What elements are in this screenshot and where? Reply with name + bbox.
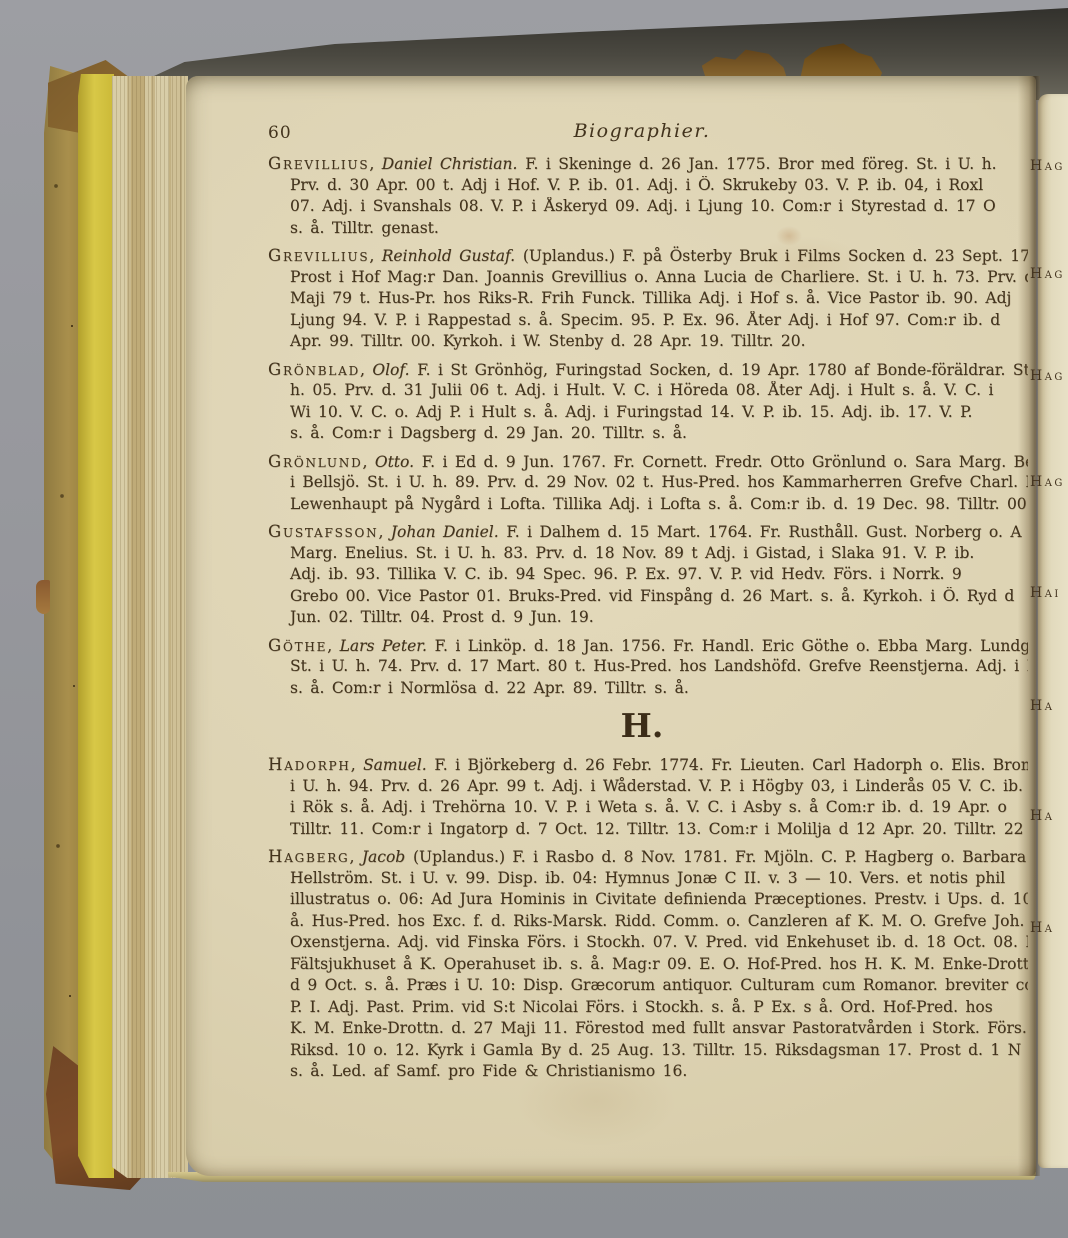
entry-line: Hellström. St. i U. v. 99. Disp. ib. 04:…: [268, 869, 1028, 891]
entry-line: Tilltr. 11. Com:r i Ingatorp d. 7 Oct. 1…: [268, 820, 1028, 842]
entry-line: Prv. d. 30 Apr. 00 t. Adj i Hof. V. P. i…: [268, 176, 1028, 198]
catchword-fragment: Hag: [1030, 368, 1068, 386]
book-page: 60 Biographier. Grevillius, Daniel Chris…: [186, 76, 1036, 1176]
entry-surname: Grönlund: [268, 452, 363, 471]
entry-line: Apr. 99. Tilltr. 00. Kyrkoh. i W. Stenby…: [268, 332, 1028, 354]
entry-line: Jun. 02. Tilltr. 04. Prost d. 9 Jun. 19.: [268, 608, 1028, 630]
fore-edge-yellow-strip: [78, 74, 114, 1178]
entry-line: Göthe, Lars Peter. F. i Linköp. d. 18 Ja…: [268, 636, 1028, 658]
entry-line: Riksd. 10 o. 12. Kyrk i Gamla By d. 25 A…: [268, 1041, 1028, 1063]
entry-line: Marg. Enelius. St. i U. h. 83. Prv. d. 1…: [268, 544, 1028, 566]
page-header: 60 Biographier.: [268, 120, 1016, 154]
catchword-fragment: Ha: [1030, 808, 1068, 826]
entry-hadorph-0: Hadorph, Samuel. F. i Björkeberg d. 26 F…: [268, 755, 1028, 841]
entry-line: h. 05. Prv. d. 31 Julii 06 t. Adj. i Hul…: [268, 381, 1028, 403]
entry-given-name: Jacob: [362, 848, 405, 866]
page-gutter-shadow: [1018, 76, 1040, 1176]
page-stack-edges: [112, 76, 188, 1178]
entry-surname: Hagberg: [268, 847, 349, 866]
catchword-fragment: Ha: [1030, 920, 1068, 938]
entry-given-name: Reinhold Gustaf.: [382, 247, 515, 265]
page-content: 60 Biographier. Grevillius, Daniel Chris…: [186, 76, 1036, 1176]
entry-surname: Göthe: [268, 636, 327, 655]
catchword-fragment: Hag: [1030, 158, 1068, 176]
entry-line: s. å. Tilltr. genast.: [268, 219, 1028, 241]
entry-line: Adj. ib. 93. Tillika V. C. ib. 94 Spec. …: [268, 565, 1028, 587]
entry-line: Lewenhaupt på Nygård i Lofta. Tillika Ad…: [268, 495, 1028, 517]
cover-leather-tab: [36, 580, 50, 614]
entry-line: s. å. Com:r i Normlösa d. 22 Apr. 89. Ti…: [268, 679, 1028, 701]
entry-gustafsson-4: Gustafsson, Johan Daniel. F. i Dalhem d.…: [268, 522, 1028, 630]
entry-line: Prost i Hof Mag:r Dan. Joannis Grevilliu…: [268, 268, 1028, 290]
entry-line: d 9 Oct. s. å. Præs i U. 10: Disp. Græco…: [268, 976, 1028, 998]
entry-surname: Hadorph: [268, 755, 351, 774]
entry-line: Fältsjukhuset å K. Operahuset ib. s. å. …: [268, 955, 1028, 977]
entry-line: St. i U. h. 74. Prv. d. 17 Mart. 80 t. H…: [268, 657, 1028, 679]
biography-entries: Grevillius, Daniel Christian. F. i Skeni…: [268, 154, 1028, 1084]
next-page-edge: [1038, 94, 1068, 1168]
entry-line: s. å. Led. af Samf. pro Fide & Christian…: [268, 1062, 1028, 1084]
entry-given-name: Lars Peter.: [340, 637, 427, 655]
photo-background: 60 Biographier. Grevillius, Daniel Chris…: [0, 0, 1068, 1238]
entry-grönlund-3: Grönlund, Otto. F. i Ed d. 9 Jun. 1767. …: [268, 452, 1028, 517]
entry-line: illustratus o. 06: Ad Jura Hominis in Ci…: [268, 890, 1028, 912]
entry-line: Hagberg, Jacob (Uplandus.) F. i Rasbo d.…: [268, 847, 1028, 869]
entry-surname: Grevillius: [268, 154, 369, 173]
entry-hagberg-1: Hagberg, Jacob (Uplandus.) F. i Rasbo d.…: [268, 847, 1028, 1084]
entry-given-name: Otto.: [375, 453, 414, 471]
entry-surname: Grevillius: [268, 246, 369, 265]
entry-göthe-5: Göthe, Lars Peter. F. i Linköp. d. 18 Ja…: [268, 636, 1028, 701]
entry-grevillius-1: Grevillius, Reinhold Gustaf. (Uplandus.)…: [268, 246, 1028, 354]
entry-given-name: Daniel Christian.: [382, 155, 518, 173]
entry-grönblad-2: Grönblad, Olof. F. i St Grönhög, Furings…: [268, 360, 1028, 446]
entry-line: Grönlund, Otto. F. i Ed d. 9 Jun. 1767. …: [268, 452, 1028, 474]
entry-given-name: Samuel.: [363, 756, 427, 774]
entry-line: Wi 10. V. C. o. Adj P. i Hult s. å. Adj.…: [268, 403, 1028, 425]
entry-given-name: Johan Daniel.: [391, 523, 499, 541]
entry-line: Maji 79 t. Hus-Pr. hos Riks-R. Frih Func…: [268, 289, 1028, 311]
entry-line: Gustafsson, Johan Daniel. F. i Dalhem d.…: [268, 522, 1028, 544]
entry-line: å. Hus-Pred. hos Exc. f. d. Riks-Marsk. …: [268, 912, 1028, 934]
entry-grevillius-0: Grevillius, Daniel Christian. F. i Skeni…: [268, 154, 1028, 240]
entry-line: i Bellsjö. St. i U. h. 89. Prv. d. 29 No…: [268, 473, 1028, 495]
entry-line: Grevillius, Reinhold Gustaf. (Uplandus.)…: [268, 246, 1028, 268]
entry-line: 07. Adj. i Svanshals 08. V. P. i Åskeryd…: [268, 197, 1028, 219]
entry-given-name: Olof.: [372, 361, 409, 379]
entry-line: Ljung 94. V. P. i Rappestad s. å. Specim…: [268, 311, 1028, 333]
catchword-fragment: Hai: [1030, 585, 1068, 603]
entry-line: Hadorph, Samuel. F. i Björkeberg d. 26 F…: [268, 755, 1028, 777]
entry-surname: Grönblad: [268, 360, 360, 379]
entry-line: i U. h. 94. Prv. d. 26 Apr. 99 t. Adj. i…: [268, 777, 1028, 799]
entry-line: Grebo 00. Vice Pastor 01. Bruks-Pred. vi…: [268, 587, 1028, 609]
section-heading: H.: [268, 706, 1016, 745]
entry-line: Grönblad, Olof. F. i St Grönhög, Furings…: [268, 360, 1028, 382]
entry-surname: Gustafsson: [268, 522, 378, 541]
entry-line: Grevillius, Daniel Christian. F. i Skeni…: [268, 154, 1028, 176]
entry-line: K. M. Enke-Drottn. d. 27 Maji 11. Förest…: [268, 1019, 1028, 1041]
catchword-fragment: Hag: [1030, 474, 1068, 492]
entry-line: s. å. Com:r i Dagsberg d. 29 Jan. 20. Ti…: [268, 424, 1028, 446]
entry-line: i Rök s. å. Adj. i Trehörna 10. V. P. i …: [268, 798, 1028, 820]
catchword-fragment: Hag: [1030, 266, 1068, 284]
running-title: Biographier.: [268, 120, 1016, 142]
catchword-fragment: Ha: [1030, 698, 1068, 716]
entry-line: P. I. Adj. Past. Prim. vid S:t Nicolai F…: [268, 998, 1028, 1020]
entry-line: Oxenstjerna. Adj. vid Finska Förs. i Sto…: [268, 933, 1028, 955]
